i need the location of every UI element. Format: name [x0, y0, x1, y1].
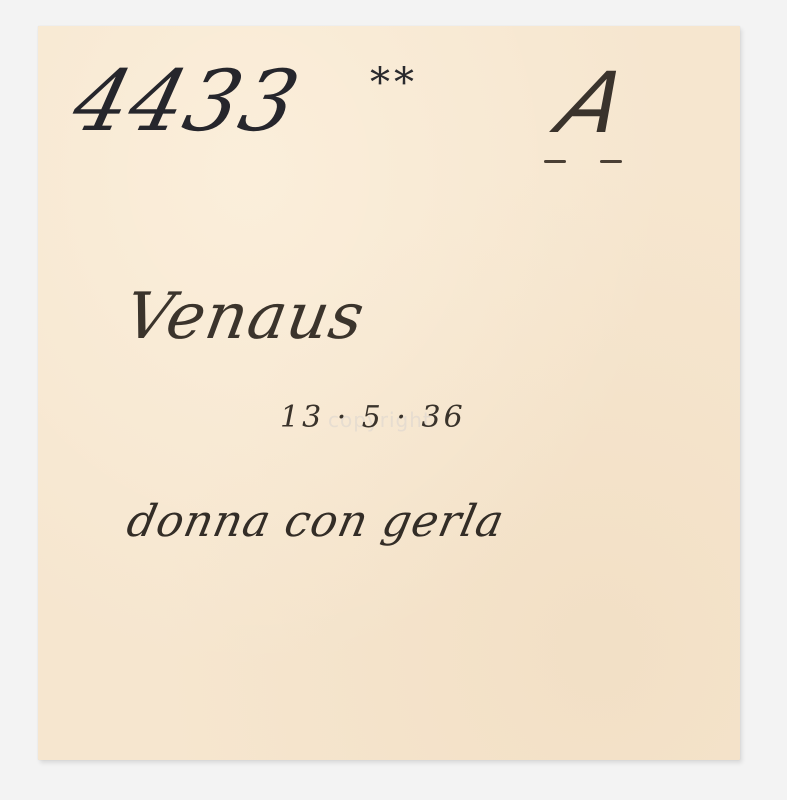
asterisk-marks: **	[370, 60, 418, 106]
catalog-number: 4433	[64, 52, 310, 150]
date: 13 · 5 · 36	[280, 400, 466, 435]
class-letter: A	[546, 54, 639, 152]
archive-index-card: 4433 ** A Venaus copyright 13 · 5 · 36 d…	[38, 26, 740, 760]
description: donna con gerla	[123, 496, 509, 547]
class-letter-underline	[544, 160, 628, 163]
place-name: Venaus	[119, 280, 370, 354]
